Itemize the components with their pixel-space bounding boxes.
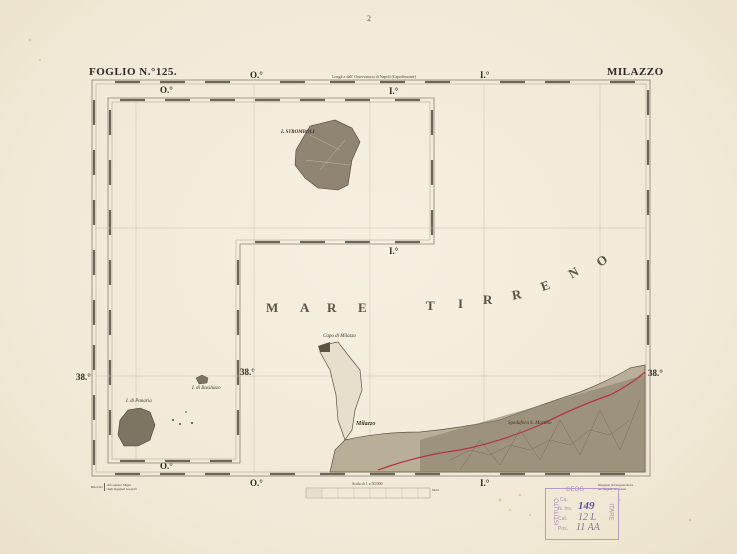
label-stromboli: I. STROMBOLI bbox=[281, 130, 315, 135]
stamp-label-pos: Pos. bbox=[558, 526, 568, 532]
label-panaria: I. di Panaria bbox=[126, 399, 152, 404]
label-milazzo: Milazzo bbox=[356, 421, 375, 427]
credits-left-label: Rilevato bbox=[91, 485, 103, 489]
stamp-label-cat: Cat. bbox=[558, 516, 567, 522]
sea-letter-r2: R bbox=[483, 292, 492, 308]
stamp-value-pos: 11 AA bbox=[576, 522, 600, 533]
map-frame-graphics bbox=[0, 0, 737, 554]
label-capo-milazzo: Capo di Milazzo bbox=[323, 334, 356, 339]
label-basiluzzo: I. di Basiluzzo bbox=[192, 386, 220, 391]
sea-letter-m: M bbox=[266, 300, 278, 316]
sea-letter-e: E bbox=[358, 300, 367, 316]
stamp-arc-top: GEOG bbox=[566, 487, 584, 493]
stamp-label-inv: N. Inv. bbox=[558, 506, 572, 512]
stamp-value-inv: 149 bbox=[578, 500, 595, 512]
scale-unit: Metri bbox=[432, 488, 439, 492]
scale-title: Scala di 1 a 50.000 bbox=[352, 481, 383, 486]
sea-letter-r: R bbox=[327, 300, 336, 316]
sea-letter-t: T bbox=[426, 298, 435, 314]
library-stamp: ISTITUTO GEOG ITARE Ca. N. Inv. 149 Cat.… bbox=[545, 488, 619, 540]
credits-left-line-1: dagli Ingegneri Geografi bbox=[107, 487, 137, 491]
credits-left-block: dal Capitano Magni dagli Ingegneri Geogr… bbox=[104, 483, 137, 491]
stamp-arc-right: ITARE bbox=[608, 503, 614, 520]
stamp-label-ca: Ca. bbox=[560, 497, 568, 503]
sea-letter-a: A bbox=[300, 300, 309, 316]
sea-letter-i: I bbox=[458, 296, 463, 312]
label-spadafora: Spadafora S. Martino bbox=[508, 421, 551, 426]
